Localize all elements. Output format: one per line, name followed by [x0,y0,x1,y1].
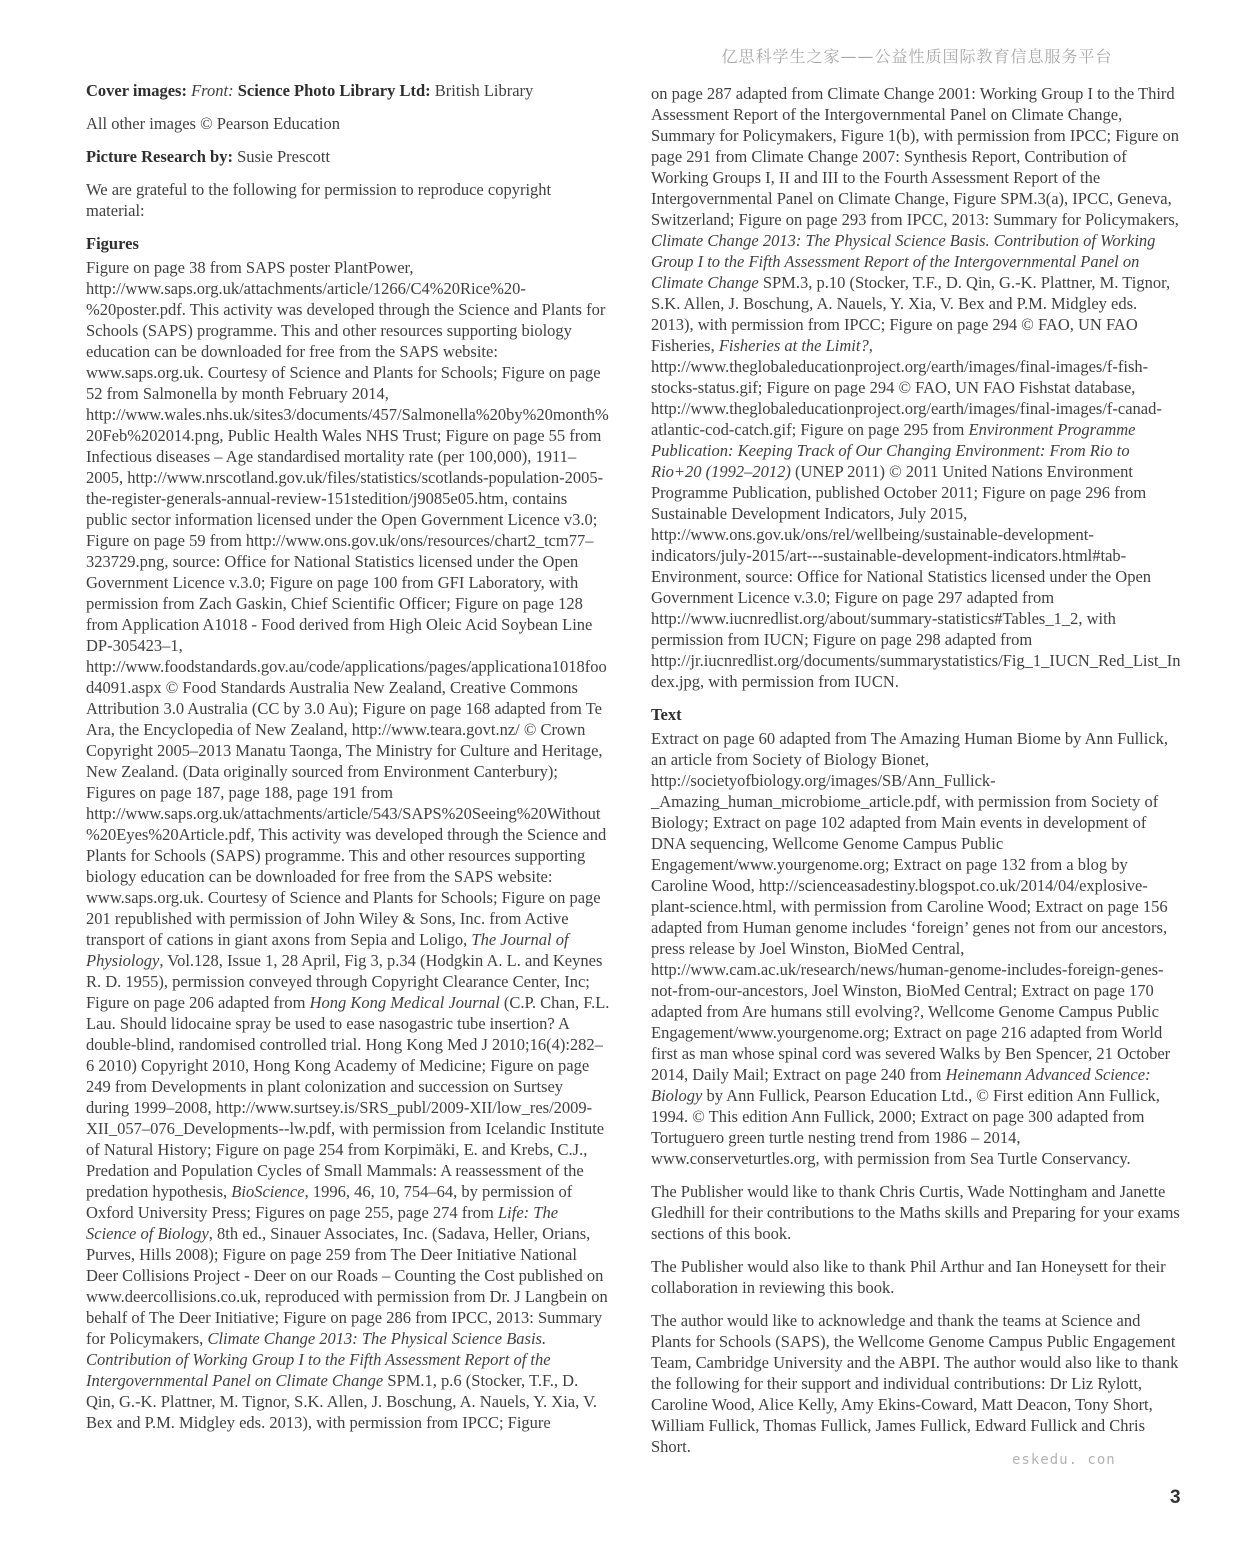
watermark-text: 亿思科学生之家——公益性质国际教育信息服务平台 [651,46,1183,67]
other-images-credit: All other images © Pearson Education [86,113,610,134]
footer-site-watermark: eskedu. con [1012,1452,1116,1468]
text-heading: Text [651,704,1183,725]
author-thanks-paragraph: The author would like to acknowledge and… [651,1310,1183,1457]
gratitude-note: We are grateful to the following for per… [86,179,610,221]
publisher-reviewers-paragraph: The Publisher would also like to thank P… [651,1256,1183,1298]
cover-images-credit: Cover images: Front: Science Photo Libra… [86,80,610,101]
publisher-thanks-paragraph: The Publisher would like to thank Chris … [651,1181,1183,1244]
book-page: Cover images: Front: Science Photo Libra… [0,0,1242,1565]
text-credits-paragraph: Extract on page 60 adapted from The Amaz… [651,728,1183,1169]
figures-credits-continued-paragraph: on page 287 adapted from Climate Change … [651,83,1183,692]
page-number: 3 [1170,1487,1181,1509]
figures-credits-paragraph: Figure on page 38 from SAPS poster Plant… [86,257,610,1433]
left-column: Cover images: Front: Science Photo Libra… [86,80,610,1433]
figures-heading: Figures [86,233,610,254]
picture-research-credit: Picture Research by: Susie Prescott [86,146,610,167]
right-column: 亿思科学生之家——公益性质国际教育信息服务平台 on page 287 adap… [651,46,1183,1457]
